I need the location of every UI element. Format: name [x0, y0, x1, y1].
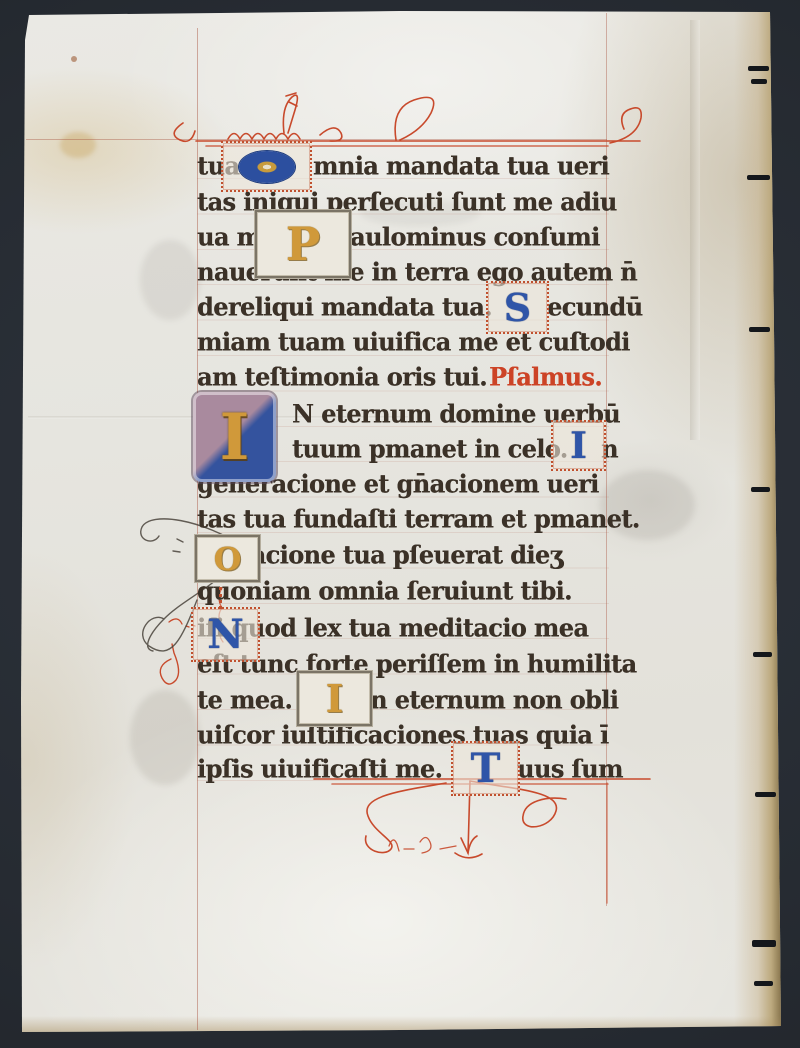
text-line: te mea.n eternum non obli — [197, 684, 633, 718]
initial-letter: I — [570, 425, 587, 467]
leaf-folded-edge — [734, 10, 782, 1030]
text-line: uiſcor iuſtificaciones tuas quia ī — [197, 719, 633, 753]
binding-slit — [753, 652, 772, 657]
text-segment: uiſcor iuſtificaciones tuas quia ī — [197, 719, 608, 750]
text-segment: am teſtimonia oris tui. — [197, 361, 487, 392]
text-segment: aulominus conſumi — [350, 221, 600, 252]
text-segment: dereliqui mandata tua. — [197, 291, 492, 322]
binding-slit — [748, 66, 769, 71]
initial-letter: I — [326, 676, 344, 721]
show-through-smudge — [140, 240, 200, 320]
binding-slit — [749, 327, 770, 332]
illuminated-initial-o: O — [195, 535, 260, 582]
text-segment: te mea. — [197, 684, 292, 715]
text-line: iſi quod lex tua meditacio mea — [197, 612, 633, 646]
stain — [71, 56, 77, 62]
binding-slit — [754, 981, 773, 986]
illuminated-initial-n: N — [191, 607, 260, 662]
ruling-line-top — [26, 139, 607, 140]
illuminated-initial-s: S — [486, 281, 549, 334]
binding-slit — [755, 792, 776, 797]
rubric-text: Pſalmus. — [489, 361, 602, 392]
initial-letter: O — [214, 540, 242, 578]
binding-slit — [751, 79, 767, 84]
text-segment: tuum pmanet in celo. — [292, 433, 568, 464]
binding-slit — [752, 940, 776, 947]
text-segment: tas tua fundaſti terram et pmanet. — [197, 503, 640, 534]
text-line: eſt tunc forte periſſem in humilita — [197, 648, 633, 682]
binding-slit — [751, 487, 770, 492]
initial-letter: N — [207, 611, 244, 658]
initial-letter: T — [471, 745, 501, 792]
text-segment: mnia mandata tua ueri — [313, 150, 609, 181]
crease — [690, 20, 700, 440]
show-through-smudge — [130, 690, 200, 785]
parchment-leaf: tua.mnia mandata tua ueri tas iniqui per… — [0, 0, 800, 1048]
stain — [60, 132, 96, 158]
illuminated-initial-i: I — [297, 671, 372, 726]
text-line: dereliqui mandata tua.ecundū — [197, 291, 633, 325]
text-line: am teſtimonia oris tui.Pſalmus. — [197, 361, 633, 395]
text-line: miam tuam uiuifica me et cuſtodi — [197, 326, 633, 360]
illuminated-initial-t: T — [451, 741, 520, 796]
text-line: ipſis uiuificaſti me.uus ſum — [197, 753, 633, 787]
illuminated-initial-i-large: I — [193, 392, 276, 482]
illuminated-initial-i: I — [551, 420, 606, 471]
initial-letter: S — [504, 285, 531, 330]
text-segment: n eternum non obli — [370, 684, 618, 715]
initial-letter: I — [220, 400, 250, 475]
text-line: quoniam omnia ſeruiunt tibi. — [197, 575, 633, 609]
text-segment: ecundū — [547, 291, 642, 322]
binding-slit — [747, 175, 770, 180]
text-segment: eſt tunc forte periſſem in humilita — [197, 648, 636, 679]
initial-letter — [239, 151, 295, 183]
illuminated-initial-o — [221, 141, 312, 192]
text-line: tas tua fundaſti terram et pmanet. — [197, 503, 633, 537]
text-line: rdinacione tua pſeuerat dieʒ — [197, 539, 633, 573]
initial-letter: P — [286, 217, 321, 271]
leaf-bottom-edge — [20, 1016, 782, 1032]
text-segment: uus ſum — [517, 753, 623, 784]
manuscript-photo: tua.mnia mandata tua ueri tas iniqui per… — [0, 0, 800, 1048]
illuminated-initial-p: P — [255, 210, 351, 278]
text-segment: ipſis uiuificaſti me. — [197, 753, 442, 784]
text-segment: miam tuam uiuifica me et cuſtodi — [197, 326, 630, 357]
